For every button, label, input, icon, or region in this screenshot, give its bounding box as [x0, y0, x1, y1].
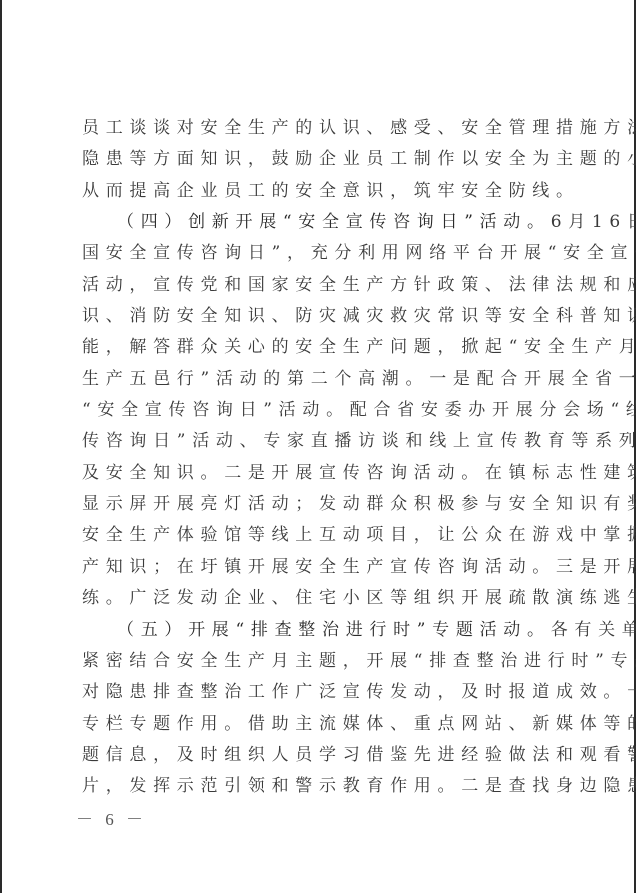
text-fragment: 6月16日是“全 [551, 212, 636, 232]
text-line: 紧密结合安全生产月主题，开展“排查整治进行时”专题活动， [82, 646, 558, 677]
text-line: 活动，宣传党和国家安全生产方针政策、法律法规和应急知 [82, 270, 558, 301]
paragraph-section-4: （四）创新开展“安全宣传咨询日”活动。6月16日是“全 国安全宣传咨询日”，充分… [82, 207, 558, 614]
text-line: 传咨询日”活动、专家直播访谈和线上宣传教育等系列活动，普 [82, 426, 558, 457]
paragraph-section-5: （五）开展“排查整治进行时”专题活动。各有关单位要 紧密结合安全生产月主题，开展… [82, 615, 558, 803]
text-line: 国安全宣传咨询日”，充分利用网络平台开展“安全宣传咨询日” [82, 238, 558, 269]
text-line: 能，解答群众关心的安全生产问题，掀起“安全生产月”和“安全 [82, 332, 558, 363]
text-line: 片，发挥示范引领和警示教育作用。二是查找身边隐患。广泛 [82, 771, 558, 802]
text-line-first: （五）开展“排查整治进行时”专题活动。各有关单位要 [82, 615, 558, 646]
text-line: 识、消防安全知识、防灾减灾救灾常识等安全科普知识和技 [82, 301, 558, 332]
text-fragment: 各有关单位要 [551, 620, 636, 640]
section-heading-5: （五）开展“排查整治进行时”专题活动。 [117, 620, 551, 640]
section-heading-4: （四）创新开展“安全宣传咨询日”活动。 [117, 212, 551, 232]
text-line: 练。广泛发动企业、住宅小区等组织开展疏散演练逃生活动。 [82, 583, 558, 614]
text-line: 对隐患排查整治工作广泛宣传发动，及时报道成效。一是发挥 [82, 677, 558, 708]
text-line: 生产五邑行”活动的第二个高潮。一是配合开展全省一盘棋的 [82, 364, 558, 395]
paragraph-continued: 员工谈谈对安全生产的认识、感受、安全管理措施方法、安全 隐患等方面知识，鼓励企业… [82, 113, 558, 207]
text-line: 产知识；在圩镇开展安全生产宣传咨询活动。三是开展应急演 [82, 552, 558, 583]
text-line: 专栏专题作用。借助主流媒体、重点网站、新媒体等的专栏专 [82, 709, 558, 740]
text-line: 员工谈谈对安全生产的认识、感受、安全管理措施方法、安全 [82, 113, 558, 144]
text-line: 安全生产体验馆等线上互动项目，让公众在游戏中掌握安全生 [82, 520, 558, 551]
text-line: 及安全知识。二是开展宣传咨询活动。在镇标志性建筑和户外 [82, 458, 558, 489]
text-line: 隐患等方面知识，鼓励企业员工制作以安全为主题的小卡片， [82, 144, 558, 175]
body-text: 员工谈谈对安全生产的认识、感受、安全管理措施方法、安全 隐患等方面知识，鼓励企业… [82, 113, 558, 803]
text-line: 题信息，及时组织人员学习借鉴先进经验做法和观看警示教育 [82, 740, 558, 771]
text-line: 显示屏开展亮灯活动；发动群众积极参与安全知识有奖问答、 [82, 489, 558, 520]
page-number: － 6 － [76, 805, 147, 830]
text-line: 从而提高企业员工的安全意识，筑牢安全防线。 [82, 176, 558, 207]
document-page: 员工谈谈对安全生产的认识、感受、安全管理措施方法、安全 隐患等方面知识，鼓励企业… [0, 0, 636, 893]
text-line: “安全宣传咨询日”活动。配合省安委办开展分会场“线上安全宣 [82, 395, 558, 426]
text-line-first: （四）创新开展“安全宣传咨询日”活动。6月16日是“全 [82, 207, 558, 238]
